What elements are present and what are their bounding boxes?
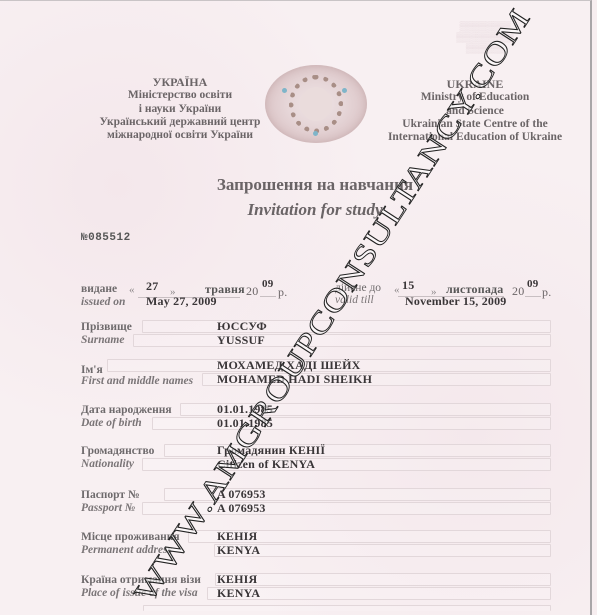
document-title-ua: Запрошення на навчання [150, 175, 480, 195]
issued-year-line [260, 296, 276, 297]
field-label-en: Permanent address [81, 544, 172, 556]
issued-year-unit: р. [278, 285, 287, 300]
issued-label-en: issued on [81, 296, 125, 308]
field-label-ua: Громадянство [81, 445, 154, 457]
field-label-en: Passport № [81, 502, 135, 514]
field-value-ua: Громадянин КЕНІЇ [217, 443, 325, 458]
field-box-en [152, 417, 551, 430]
field-value-en: A 076953 [217, 501, 266, 516]
field-value-en: KENYA [217, 543, 260, 558]
seal-dot-icon [282, 88, 287, 93]
field-box-ua [142, 320, 551, 333]
field-box-ua [215, 573, 551, 586]
trident-emblem-icon [300, 87, 332, 121]
issued-label-ua: видане [81, 283, 117, 295]
field-label-ua: Дата народження [81, 404, 172, 416]
header-en-centre: Ukrainian State Centre of the [370, 118, 580, 131]
serial-number: №085512 [81, 232, 131, 244]
field-box-trailing [143, 605, 551, 611]
field-value-en: KENYA [217, 586, 260, 601]
header-en-centre-2: International Education of Ukraine [370, 131, 580, 144]
header-en-country: UKRAINE [370, 78, 580, 91]
seal-dot-icon [342, 88, 347, 93]
issued-year-suffix: 09 [262, 278, 273, 290]
field-value-ua: МОХАМЕД ХАДІ ШЕЙХ [217, 358, 360, 373]
valid-label-ua: дійсне до [335, 282, 381, 294]
header-ua-centre-2: міжнародної освіти України [70, 129, 290, 142]
issued-date-en: May 27, 2009 [146, 294, 217, 309]
valid-year-prefix: 20 [512, 284, 524, 299]
valid-open-quote: « [394, 284, 400, 296]
field-value-en: YUSSUF [217, 333, 265, 348]
valid-date-en: November 15, 2009 [405, 294, 507, 309]
header-english: UKRAINE Ministry of Education and Scienc… [370, 78, 580, 144]
field-value-ua: ЮССУФ [217, 319, 267, 334]
field-box-en [142, 502, 551, 515]
field-box-en [142, 458, 551, 471]
header-en-ministry: Ministry of Education [370, 91, 580, 104]
field-label-ua: Місце проживання [81, 531, 180, 543]
field-label-ua: Паспорт № [81, 489, 140, 501]
state-emblem-seal-icon [265, 65, 367, 143]
field-value-ua: КЕНІЯ [217, 572, 257, 587]
issued-open-quote: « [129, 284, 135, 296]
field-value-ua: A 076953 [217, 487, 266, 502]
document-title-en: Invitation for study [150, 200, 480, 220]
field-value-en: Citizen of KENYA [217, 457, 315, 472]
field-label-ua: Прізвище [81, 321, 132, 333]
field-label-en: Surname [81, 334, 124, 346]
field-label-en: Date of birth [81, 417, 142, 429]
field-label-en: Nationality [81, 458, 134, 470]
header-ua-ministry: Міністерство освіти [70, 89, 290, 102]
valid-day: 15 [402, 278, 414, 293]
header-ukrainian: УКРАЇНА Міністерство освіти і науки Укра… [70, 76, 290, 142]
field-label-ua: Країна отримання візи [81, 574, 201, 586]
field-label-en: First and middle names [81, 375, 193, 387]
field-value-en: 01.01.1985 [217, 416, 273, 431]
valid-label-en: valid till [335, 294, 374, 306]
background-ghost-print: ▒▒▒▒▒▒▒▒▒▒▒▒▒▒▒▒▒▒▒▒▒▒▒ [410, 21, 560, 54]
field-value-ua: КЕНІЯ [217, 529, 257, 544]
field-box-en [214, 544, 551, 557]
valid-year-line [525, 296, 541, 297]
issued-day: 27 [146, 279, 158, 294]
field-box-en [133, 334, 551, 347]
field-value-ua: 01.01.1985 [217, 402, 273, 417]
valid-year-suffix: 09 [527, 278, 538, 290]
field-label-en: Place of issue of the visa [81, 587, 198, 599]
header-ua-country: УКРАЇНА [70, 76, 290, 89]
field-value-en: MOHAMED HADI SHEIKH [217, 372, 372, 387]
valid-year-unit: р. [542, 285, 551, 300]
header-ua-centre: Український державний центр [70, 116, 290, 129]
invitation-document: ▒▒▒▒▒▒▒▒▒▒▒▒▒▒▒▒▒▒▒▒▒▒▒ УКРАЇНА Міністер… [0, 0, 592, 615]
issued-year-prefix: 20 [246, 284, 258, 299]
seal-dot-icon [313, 131, 318, 136]
header-en-ministry-2: and Science [370, 105, 580, 118]
header-ua-ministry-2: і науки України [70, 103, 290, 116]
